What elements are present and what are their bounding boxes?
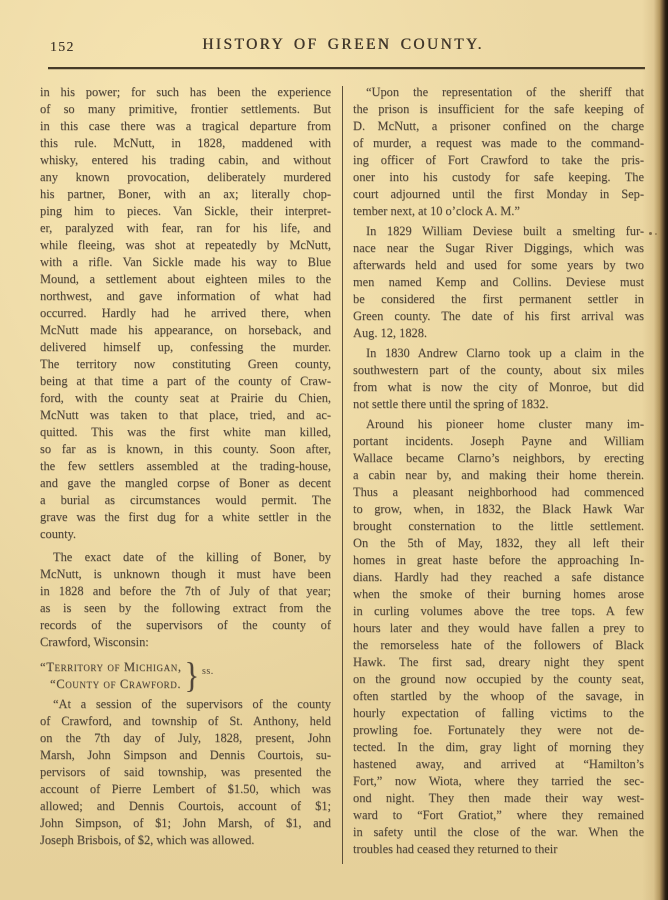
text-line: quitted. This was the first white man ki… bbox=[40, 424, 331, 441]
page-title: HISTORY OF GREEN COUNTY. bbox=[48, 36, 638, 54]
text-line: hours later and they would have fallen a… bbox=[353, 620, 644, 637]
paragraph: The exact date of the killing of Boner, … bbox=[40, 549, 331, 651]
text-line: er, paralyzed with fear, ran for his lif… bbox=[40, 220, 331, 237]
text-line: the remorseless hate of the followers of… bbox=[353, 637, 644, 654]
text-line: hastened away, and arrived at “Hamilton’… bbox=[353, 756, 644, 773]
text-line: The exact date of the killing of Boner, … bbox=[40, 549, 331, 566]
column-divider bbox=[342, 86, 343, 864]
text-line: portant incidents. Joseph Payne and Will… bbox=[353, 433, 644, 450]
text-line: of so many primitive, frontier settlemen… bbox=[40, 101, 331, 118]
text-line: hourly expectation of falling victims to… bbox=[353, 705, 644, 722]
caption-lines: “Territory of Michigan,“County of Crawfo… bbox=[40, 659, 182, 693]
text-line: a burial as circumstances would permit. … bbox=[40, 492, 331, 509]
text-line: Hawk. The first sad, dreary night they s… bbox=[353, 654, 644, 671]
text-line: court adjourned until the first Monday i… bbox=[353, 186, 644, 203]
text-line: McNutt was taken to that place, tried, a… bbox=[40, 407, 331, 424]
header-rule bbox=[48, 67, 645, 69]
text-line: In 1829 William Deviese built a smelting… bbox=[353, 223, 644, 240]
paragraph: Around his pioneer home cluster many im-… bbox=[353, 416, 644, 858]
text-line: not settle there until the spring of 183… bbox=[353, 396, 644, 413]
paragraph: “Upon the representation of the sheriff … bbox=[353, 84, 644, 220]
brace-glyph: } bbox=[185, 658, 199, 694]
text-line: troubles had ceased they returned to the… bbox=[353, 841, 644, 858]
page-number: 152 bbox=[50, 39, 75, 55]
text-line: whisky, entered his trading cabin, and w… bbox=[40, 152, 331, 169]
text-line: afterwards held and used for some years … bbox=[353, 257, 644, 274]
text-line: Thus a pleasant neighborhood had commenc… bbox=[353, 484, 644, 501]
paragraph: “At a session of the supervisors of the … bbox=[40, 696, 331, 849]
text-line: so far as is known, in this county. Soon… bbox=[40, 441, 331, 458]
text-line: prowling foe. Fortunately they were not … bbox=[353, 722, 644, 739]
text-line: In 1830 Andrew Clarno took up a claim in… bbox=[353, 345, 644, 362]
text-line: delivered himself up, confessing the mur… bbox=[40, 339, 331, 356]
text-line: Aug. 12, 1828. bbox=[353, 325, 644, 342]
text-line: in his power; for such has been the expe… bbox=[40, 84, 331, 101]
text-line: The territory now constituting Green cou… bbox=[40, 356, 331, 373]
text-line: in this case there was a tragical depart… bbox=[40, 118, 331, 135]
text-line: account of Pierre Lembert of $1.50, whic… bbox=[40, 781, 331, 798]
text-line: dians. Hardly had they reached a safe di… bbox=[353, 569, 644, 586]
right-column: “Upon the representation of the sheriff … bbox=[353, 84, 644, 864]
paragraph: In 1830 Andrew Clarno took up a claim in… bbox=[353, 345, 644, 413]
text-line: from what is now the city of Monroe, but… bbox=[353, 379, 644, 396]
text-line: Joseph Brisbois, of $2, which was allowe… bbox=[40, 832, 331, 849]
text-line: Marsh, John Simpson and Dennis Courtois,… bbox=[40, 747, 331, 764]
text-line: records of the supervisors of the county… bbox=[40, 617, 331, 634]
text-line: on the ground now occupied by the county… bbox=[353, 671, 644, 688]
text-line: Mound, a settlement about eighteen miles… bbox=[40, 271, 331, 288]
text-line: to grow, when, in 1832, the Black Hawk W… bbox=[353, 501, 644, 518]
text-line: Wallace became Clarno’s neighbors, by er… bbox=[353, 450, 644, 467]
text-line: be considered the first permanent settle… bbox=[353, 291, 644, 308]
text-line: nace near the Sugar River Diggings, whic… bbox=[353, 240, 644, 257]
text-line: occurred. Hardly had he arrived there, w… bbox=[40, 305, 331, 322]
text-line: On the 5th of May, 1832, they all left t… bbox=[353, 535, 644, 552]
paragraph: In 1829 William Deviese built a smelting… bbox=[353, 223, 644, 342]
text-line: county. bbox=[40, 526, 331, 543]
text-line: brought consternation to the little sett… bbox=[353, 518, 644, 535]
legal-caption: “Territory of Michigan,“County of Crawfo… bbox=[40, 659, 331, 693]
text-line: southwestern part of the county, about s… bbox=[353, 362, 644, 379]
text-line: a cabin near by, and making their home t… bbox=[353, 467, 644, 484]
left-column: in his power; for such has been the expe… bbox=[40, 84, 331, 864]
text-line: John Simpson, of $1; John Marsh, of $1, … bbox=[40, 815, 331, 832]
text-line: with a rifle. Van Sickle made his way to… bbox=[40, 254, 331, 271]
text-line: northwest, and gave information of what … bbox=[40, 288, 331, 305]
text-line: of Crawford, and township of St. Anthony… bbox=[40, 713, 331, 730]
text-line: ward to “Fort Gratiot,” where they remai… bbox=[353, 807, 644, 824]
text-line: “Upon the representation of the sheriff … bbox=[353, 84, 644, 101]
text-line: often startled by the whoop of the savag… bbox=[353, 688, 644, 705]
text-line: “At a session of the supervisors of the … bbox=[40, 696, 331, 713]
text-line: being at that time a part of the county … bbox=[40, 373, 331, 390]
text-line: in safety until the close of the war. Wh… bbox=[353, 824, 644, 841]
text-line: ford, with the county seat at Prairie du… bbox=[40, 390, 331, 407]
text-line: ond night. They then made their way west… bbox=[353, 790, 644, 807]
text-line: tember next, at 10 o’clock A. M.” bbox=[353, 203, 644, 220]
text-line: tected. In the dim, gray light of mornin… bbox=[353, 739, 644, 756]
text-line: while fleeing, was shot at repeatedly by… bbox=[40, 237, 331, 254]
book-page: 152 HISTORY OF GREEN COUNTY. in his powe… bbox=[0, 0, 668, 900]
text-line: and gave the mangled corpse of Boner as … bbox=[40, 475, 331, 492]
scan-edge-shadow bbox=[642, 0, 668, 900]
text-line: men named Kemp and Collins. Deviese must bbox=[353, 274, 644, 291]
text-line: grave was the first dug for a white sett… bbox=[40, 509, 331, 526]
text-line: the prison is insufficient for the safe … bbox=[353, 101, 644, 118]
text-line: his partner, Boner, with an ax; literall… bbox=[40, 186, 331, 203]
text-line: Green county. The date of his first arri… bbox=[353, 308, 644, 325]
caption-line: “County of Crawford. bbox=[40, 676, 182, 693]
text-line: as is seen by the following extract from… bbox=[40, 600, 331, 617]
text-line: McNutt, is unknown though it must have b… bbox=[40, 566, 331, 583]
text-line: any known provocation, deliberately murd… bbox=[40, 169, 331, 186]
text-line: homes in great haste before the approach… bbox=[353, 552, 644, 569]
page-header: 152 HISTORY OF GREEN COUNTY. bbox=[48, 36, 638, 58]
caption-line: “Territory of Michigan, bbox=[40, 659, 182, 676]
paragraph: in his power; for such has been the expe… bbox=[40, 84, 331, 543]
text-line: ping him to pieces. Van Sickle, their in… bbox=[40, 203, 331, 220]
text-line: in 1828 and before the 7th of July of th… bbox=[40, 583, 331, 600]
text-line: in curling volumes above the tree tops. … bbox=[353, 603, 644, 620]
text-line: ing officer of Fort Crawford to take the… bbox=[353, 152, 644, 169]
text-line: Around his pioneer home cluster many im- bbox=[353, 416, 644, 433]
text-line: Crawford, Wisconsin: bbox=[40, 634, 331, 651]
text-line: D. McNutt, a prisoner confined on the ch… bbox=[353, 118, 644, 135]
text-line: McNutt made his appearance, on horseback… bbox=[40, 322, 331, 339]
text-line: Fort,” now Wiota, where they tarried the… bbox=[353, 773, 644, 790]
text-line: the few settlers assembled at the tradin… bbox=[40, 458, 331, 475]
text-line: allowed; and Dennis Courtois, account of… bbox=[40, 798, 331, 815]
text-line: pervisors of said township, was presente… bbox=[40, 764, 331, 781]
text-line: on the 7th day of July, 1828, present, J… bbox=[40, 730, 331, 747]
text-line: of murder, a request was made to the com… bbox=[353, 135, 644, 152]
text-line: oner into his custody for safe keeping. … bbox=[353, 169, 644, 186]
text-columns: in his power; for such has been the expe… bbox=[40, 84, 644, 864]
text-line: when the smoke of their burning homes ar… bbox=[353, 586, 644, 603]
ss-abbreviation: ss. bbox=[202, 666, 214, 677]
text-line: this rule. McNutt, in 1828, maddened wit… bbox=[40, 135, 331, 152]
